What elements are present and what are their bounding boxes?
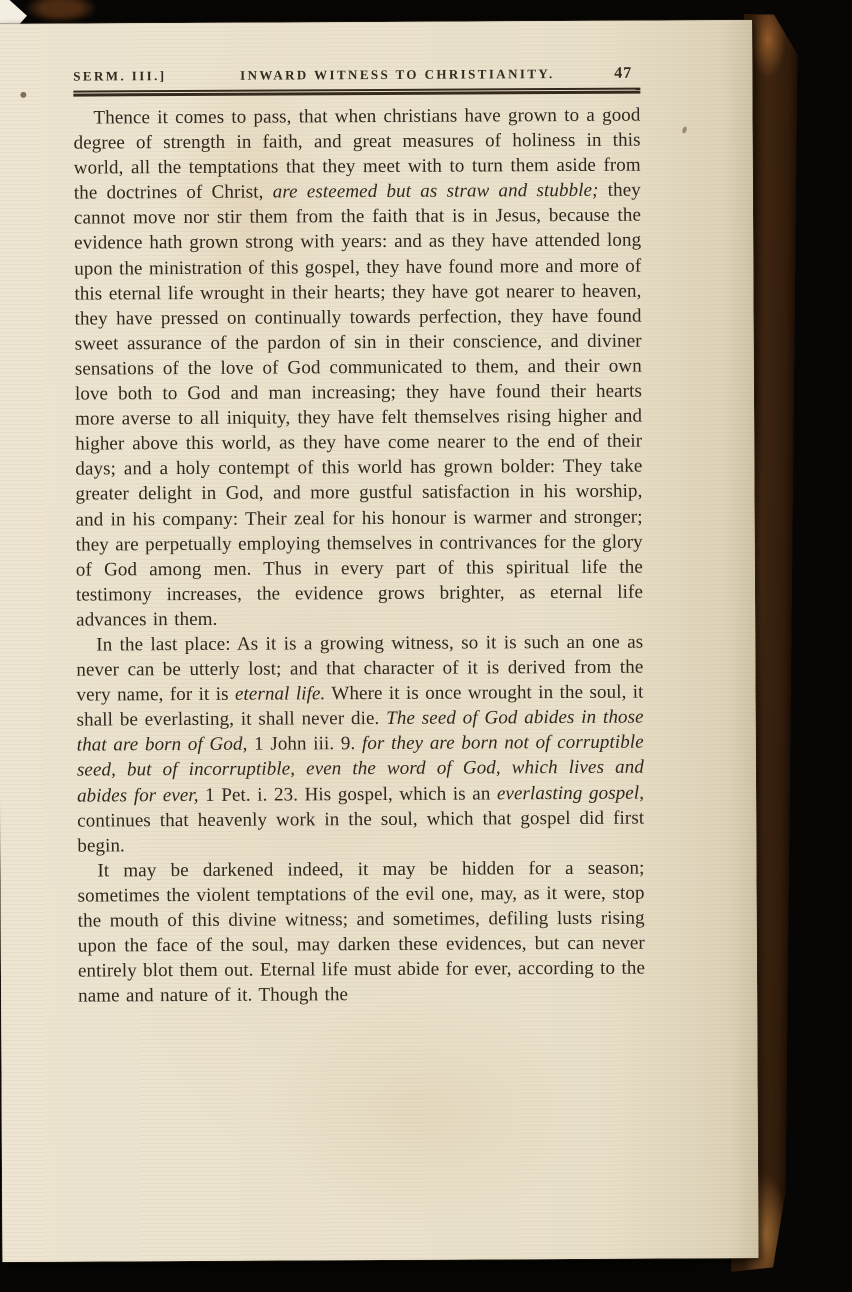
- page-number: 47: [614, 65, 640, 83]
- emphasized-text: eternal life.: [235, 683, 326, 704]
- body-text-run: they cannot move nor stir them from the …: [74, 180, 643, 631]
- header-rule: [73, 88, 640, 97]
- page-content: SERM. III.] INWARD WITNESS TO CHRISTIANI…: [73, 65, 645, 1009]
- paragraph: In the last place: As it is a growing wi…: [76, 630, 644, 859]
- emphasized-text: are esteemed but as straw and stubble;: [273, 180, 599, 203]
- book-page: SERM. III.] INWARD WITNESS TO CHRISTIANI…: [0, 20, 758, 1262]
- paper-speck: [20, 92, 26, 98]
- emphasized-text: everlasting gospel,: [497, 782, 644, 804]
- running-head: SERM. III.] INWARD WITNESS TO CHRISTIANI…: [73, 65, 640, 86]
- paragraph: It may be darkened indeed, it may be hid…: [77, 855, 645, 1009]
- body-text-run: 1 John iii. 9.: [247, 733, 362, 755]
- cover-top-edge: [26, 0, 96, 22]
- running-title: INWARD WITNESS TO CHRISTIANITY.: [166, 66, 614, 84]
- body-text-run: It may be darkened indeed, it may be hid…: [78, 857, 646, 1006]
- page-body: Thence it comes to pass, that when chris…: [73, 103, 645, 1009]
- paper-speck: [682, 126, 688, 134]
- paragraph: Thence it comes to pass, that when chris…: [73, 103, 643, 633]
- sermon-number-label: SERM. III.]: [73, 68, 166, 84]
- scan-background: SERM. III.] INWARD WITNESS TO CHRISTIANI…: [0, 0, 852, 1292]
- body-text-run: 1 Pet. i. 23. His gospel, which is an: [199, 783, 497, 806]
- body-text-run: continues that heavenly work in the soul…: [77, 807, 644, 856]
